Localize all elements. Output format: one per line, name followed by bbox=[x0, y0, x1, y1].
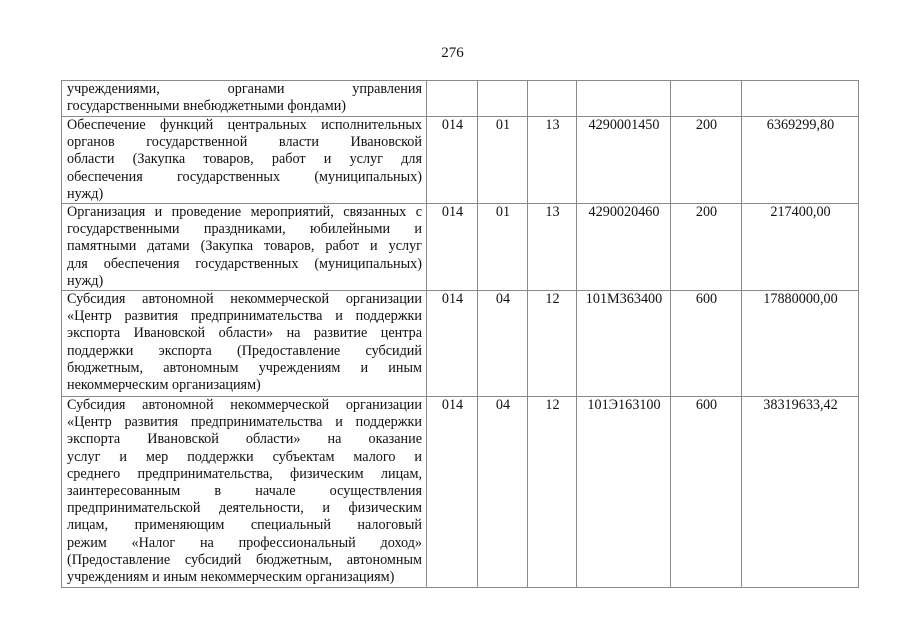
description-line: бюджетным, автономным учреждениям и иным bbox=[67, 360, 422, 377]
expense-description: Субсидия автономной некоммерческой орган… bbox=[62, 291, 427, 397]
ministry-code: 014 bbox=[427, 204, 478, 291]
target-article-code: 101M363400 bbox=[577, 291, 671, 397]
description-line: нужд) bbox=[67, 273, 422, 290]
description-line: Обеспечение функций центральных исполнит… bbox=[67, 117, 422, 134]
target-article-code: 101Э163100 bbox=[577, 397, 671, 588]
description-line: органов государственной власти Ивановско… bbox=[67, 134, 422, 151]
subsection-code: 13 bbox=[528, 117, 577, 204]
budget-table: учреждениями, органами управлениягосудар… bbox=[61, 80, 859, 588]
expense-type-code: 600 bbox=[671, 291, 742, 397]
description-line: некоммерческим организациям) bbox=[67, 377, 422, 394]
expense-description: Организация и проведение мероприятий, св… bbox=[62, 204, 427, 291]
table-row: Организация и проведение мероприятий, св… bbox=[62, 204, 859, 291]
description-line: «Центр развития предпринимательства и по… bbox=[67, 414, 422, 431]
description-line: предпринимательской деятельности, и физи… bbox=[67, 500, 422, 517]
expense-type-code bbox=[671, 81, 742, 117]
table-row: Субсидия автономной некоммерческой орган… bbox=[62, 397, 859, 588]
target-article-code: 4290020460 bbox=[577, 204, 671, 291]
description-line: области (Закупка товаров, работ и услуг … bbox=[67, 151, 422, 168]
description-line: заинтересованным в начале осуществления bbox=[67, 483, 422, 500]
description-line: (Предоставление субсидий бюджетным, авто… bbox=[67, 552, 422, 569]
ministry-code: 014 bbox=[427, 117, 478, 204]
ministry-code: 014 bbox=[427, 397, 478, 588]
description-line: лицам, применяющим специальный налоговый bbox=[67, 517, 422, 534]
description-line: экспорта Ивановской области» на оказание bbox=[67, 431, 422, 448]
description-line: Организация и проведение мероприятий, св… bbox=[67, 204, 422, 221]
subsection-code: 13 bbox=[528, 204, 577, 291]
target-article-code bbox=[577, 81, 671, 117]
section-code: 04 bbox=[478, 291, 528, 397]
table-row: Субсидия автономной некоммерческой орган… bbox=[62, 291, 859, 397]
description-line: «Центр развития предпринимательства и по… bbox=[67, 308, 422, 325]
ministry-code bbox=[427, 81, 478, 117]
target-article-code: 4290001450 bbox=[577, 117, 671, 204]
section-code: 01 bbox=[478, 117, 528, 204]
description-line: режим «Налог на профессиональный доход» bbox=[67, 535, 422, 552]
description-line: экспорта Ивановской области» на развитие… bbox=[67, 325, 422, 342]
ministry-code: 014 bbox=[427, 291, 478, 397]
description-line: памятными датами (Закупка товаров, работ… bbox=[67, 238, 422, 255]
amount: 217400,00 bbox=[742, 204, 859, 291]
table-row: учреждениями, органами управлениягосудар… bbox=[62, 81, 859, 117]
amount bbox=[742, 81, 859, 117]
expense-type-code: 200 bbox=[671, 204, 742, 291]
amount: 17880000,00 bbox=[742, 291, 859, 397]
description-line: Субсидия автономной некоммерческой орган… bbox=[67, 397, 422, 414]
description-line: нужд) bbox=[67, 186, 422, 203]
description-line: учреждениями, органами управления bbox=[67, 81, 422, 98]
table-row: Обеспечение функций центральных исполнит… bbox=[62, 117, 859, 204]
description-line: государственными внебюджетными фондами) bbox=[67, 98, 422, 115]
subsection-code: 12 bbox=[528, 291, 577, 397]
section-code bbox=[478, 81, 528, 117]
expense-type-code: 600 bbox=[671, 397, 742, 588]
description-line: среднего предпринимательства, физическим… bbox=[67, 466, 422, 483]
section-code: 01 bbox=[478, 204, 528, 291]
page-number: 276 bbox=[0, 45, 905, 62]
amount: 6369299,80 bbox=[742, 117, 859, 204]
amount: 38319633,42 bbox=[742, 397, 859, 588]
subsection-code bbox=[528, 81, 577, 117]
expense-description: Обеспечение функций центральных исполнит… bbox=[62, 117, 427, 204]
description-line: Субсидия автономной некоммерческой орган… bbox=[67, 291, 422, 308]
description-line: поддержки экспорта (Предоставление субси… bbox=[67, 343, 422, 360]
expense-description: Субсидия автономной некоммерческой орган… bbox=[62, 397, 427, 588]
section-code: 04 bbox=[478, 397, 528, 588]
description-line: учреждениям и иным некоммерческим органи… bbox=[67, 569, 422, 586]
description-line: обеспечения государственных (муниципальн… bbox=[67, 169, 422, 186]
description-line: услуг и мер поддержки субъектам малого и bbox=[67, 449, 422, 466]
description-line: для обеспечения государственных (муницип… bbox=[67, 256, 422, 273]
expense-description: учреждениями, органами управлениягосудар… bbox=[62, 81, 427, 117]
subsection-code: 12 bbox=[528, 397, 577, 588]
description-line: государственными праздниками, юбилейными… bbox=[67, 221, 422, 238]
expense-type-code: 200 bbox=[671, 117, 742, 204]
